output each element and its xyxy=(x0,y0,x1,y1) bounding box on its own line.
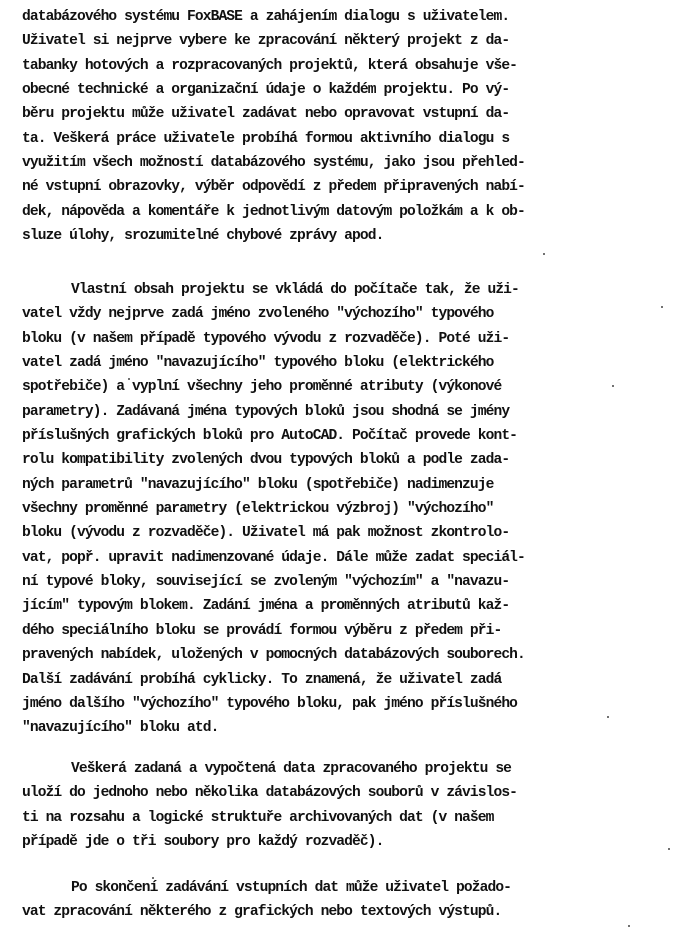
text-line: databázového systému FoxBASE a zahájením… xyxy=(22,5,642,29)
text-line: spotřebiče) a vyplní všechny jeho proměn… xyxy=(22,375,642,399)
text-line: Další zadávání probíhá cyklicky. To znam… xyxy=(22,668,642,692)
text-line: Veškerá zadaná a vypočtená data zpracova… xyxy=(22,757,642,781)
scan-speck xyxy=(668,848,670,850)
text-line: jícím" typovým blokem. Zadání jména a pr… xyxy=(22,594,642,618)
scan-speck xyxy=(152,877,154,879)
text-line: né vstupní obrazovky, výběr odpovědí z p… xyxy=(22,175,642,199)
text-line: ta. Veškerá práce uživatele probíhá form… xyxy=(22,127,642,151)
text-line: Po skončení zadávání vstupních dat může … xyxy=(22,876,642,900)
scan-speck xyxy=(612,385,614,387)
scan-speck xyxy=(628,925,630,927)
text-line: vatel vždy nejprve zadá jméno zvoleného … xyxy=(22,302,642,326)
scan-speck xyxy=(607,716,609,718)
text-line: dek, nápověda a komentáře k jednotlivým … xyxy=(22,200,642,224)
text-line: ných parametrů "navazujícího" bloku (spo… xyxy=(22,473,642,497)
text-line: uloží do jednoho nebo několika databázov… xyxy=(22,781,642,805)
text-line: všechny proměnné parametry (elektrickou … xyxy=(22,497,642,521)
text-line: Uživatel si nejprve vybere ke zpracování… xyxy=(22,29,642,53)
text-line: tabanky hotových a rozpracovaných projek… xyxy=(22,54,642,78)
scan-speck xyxy=(128,378,130,380)
text-line: obecné technické a organizační údaje o k… xyxy=(22,78,642,102)
text-line: příslušných grafických bloků pro AutoCAD… xyxy=(22,424,642,448)
text-line: bloku (v našem případě typového vývodu z… xyxy=(22,327,642,351)
scan-speck xyxy=(543,253,545,255)
text-line: vat, popř. upravit nadimenzované údaje. … xyxy=(22,546,642,570)
text-line: bloku (vývodu z rozvaděče). Uživatel má … xyxy=(22,521,642,545)
text-line: Vlastní obsah projektu se vkládá do počí… xyxy=(22,278,642,302)
paragraph-4: Po skončení zadávání vstupních dat může … xyxy=(22,876,642,925)
text-line: využitím všech možností databázového sys… xyxy=(22,151,642,175)
paragraph-2: Vlastní obsah projektu se vkládá do počí… xyxy=(22,278,642,741)
text-line: dého speciálního bloku se provádí formou… xyxy=(22,619,642,643)
text-line: případě jde o tři soubory pro každý rozv… xyxy=(22,830,642,854)
text-line: pravených nabídek, uložených v pomocných… xyxy=(22,643,642,667)
text-line: rolu kompatibility zvolených dvou typový… xyxy=(22,448,642,472)
text-line: parametry). Zadávaná jména typových blok… xyxy=(22,400,642,424)
text-line: ti na rozsahu a logické struktuře archiv… xyxy=(22,806,642,830)
paragraph-1: databázového systému FoxBASE a zahájením… xyxy=(22,5,642,248)
scan-speck xyxy=(661,306,663,308)
text-line: ní typové bloky, související se zvoleným… xyxy=(22,570,642,594)
scan-speck xyxy=(305,656,307,658)
text-line: sluze úlohy, srozumitelné chybové zprávy… xyxy=(22,224,642,248)
typewritten-page: databázového systému FoxBASE a zahájením… xyxy=(0,0,677,944)
text-line: běru projektu může uživatel zadávat nebo… xyxy=(22,102,642,126)
text-line: vat zpracování některého z grafických ne… xyxy=(22,900,642,924)
paragraph-3: Veškerá zadaná a vypočtená data zpracova… xyxy=(22,757,642,854)
text-line: "navazujícího" bloku atd. xyxy=(22,716,642,740)
text-line: vatel zadá jméno "navazujícího" typového… xyxy=(22,351,642,375)
text-line: jméno dalšího "výchozího" typového bloku… xyxy=(22,692,642,716)
